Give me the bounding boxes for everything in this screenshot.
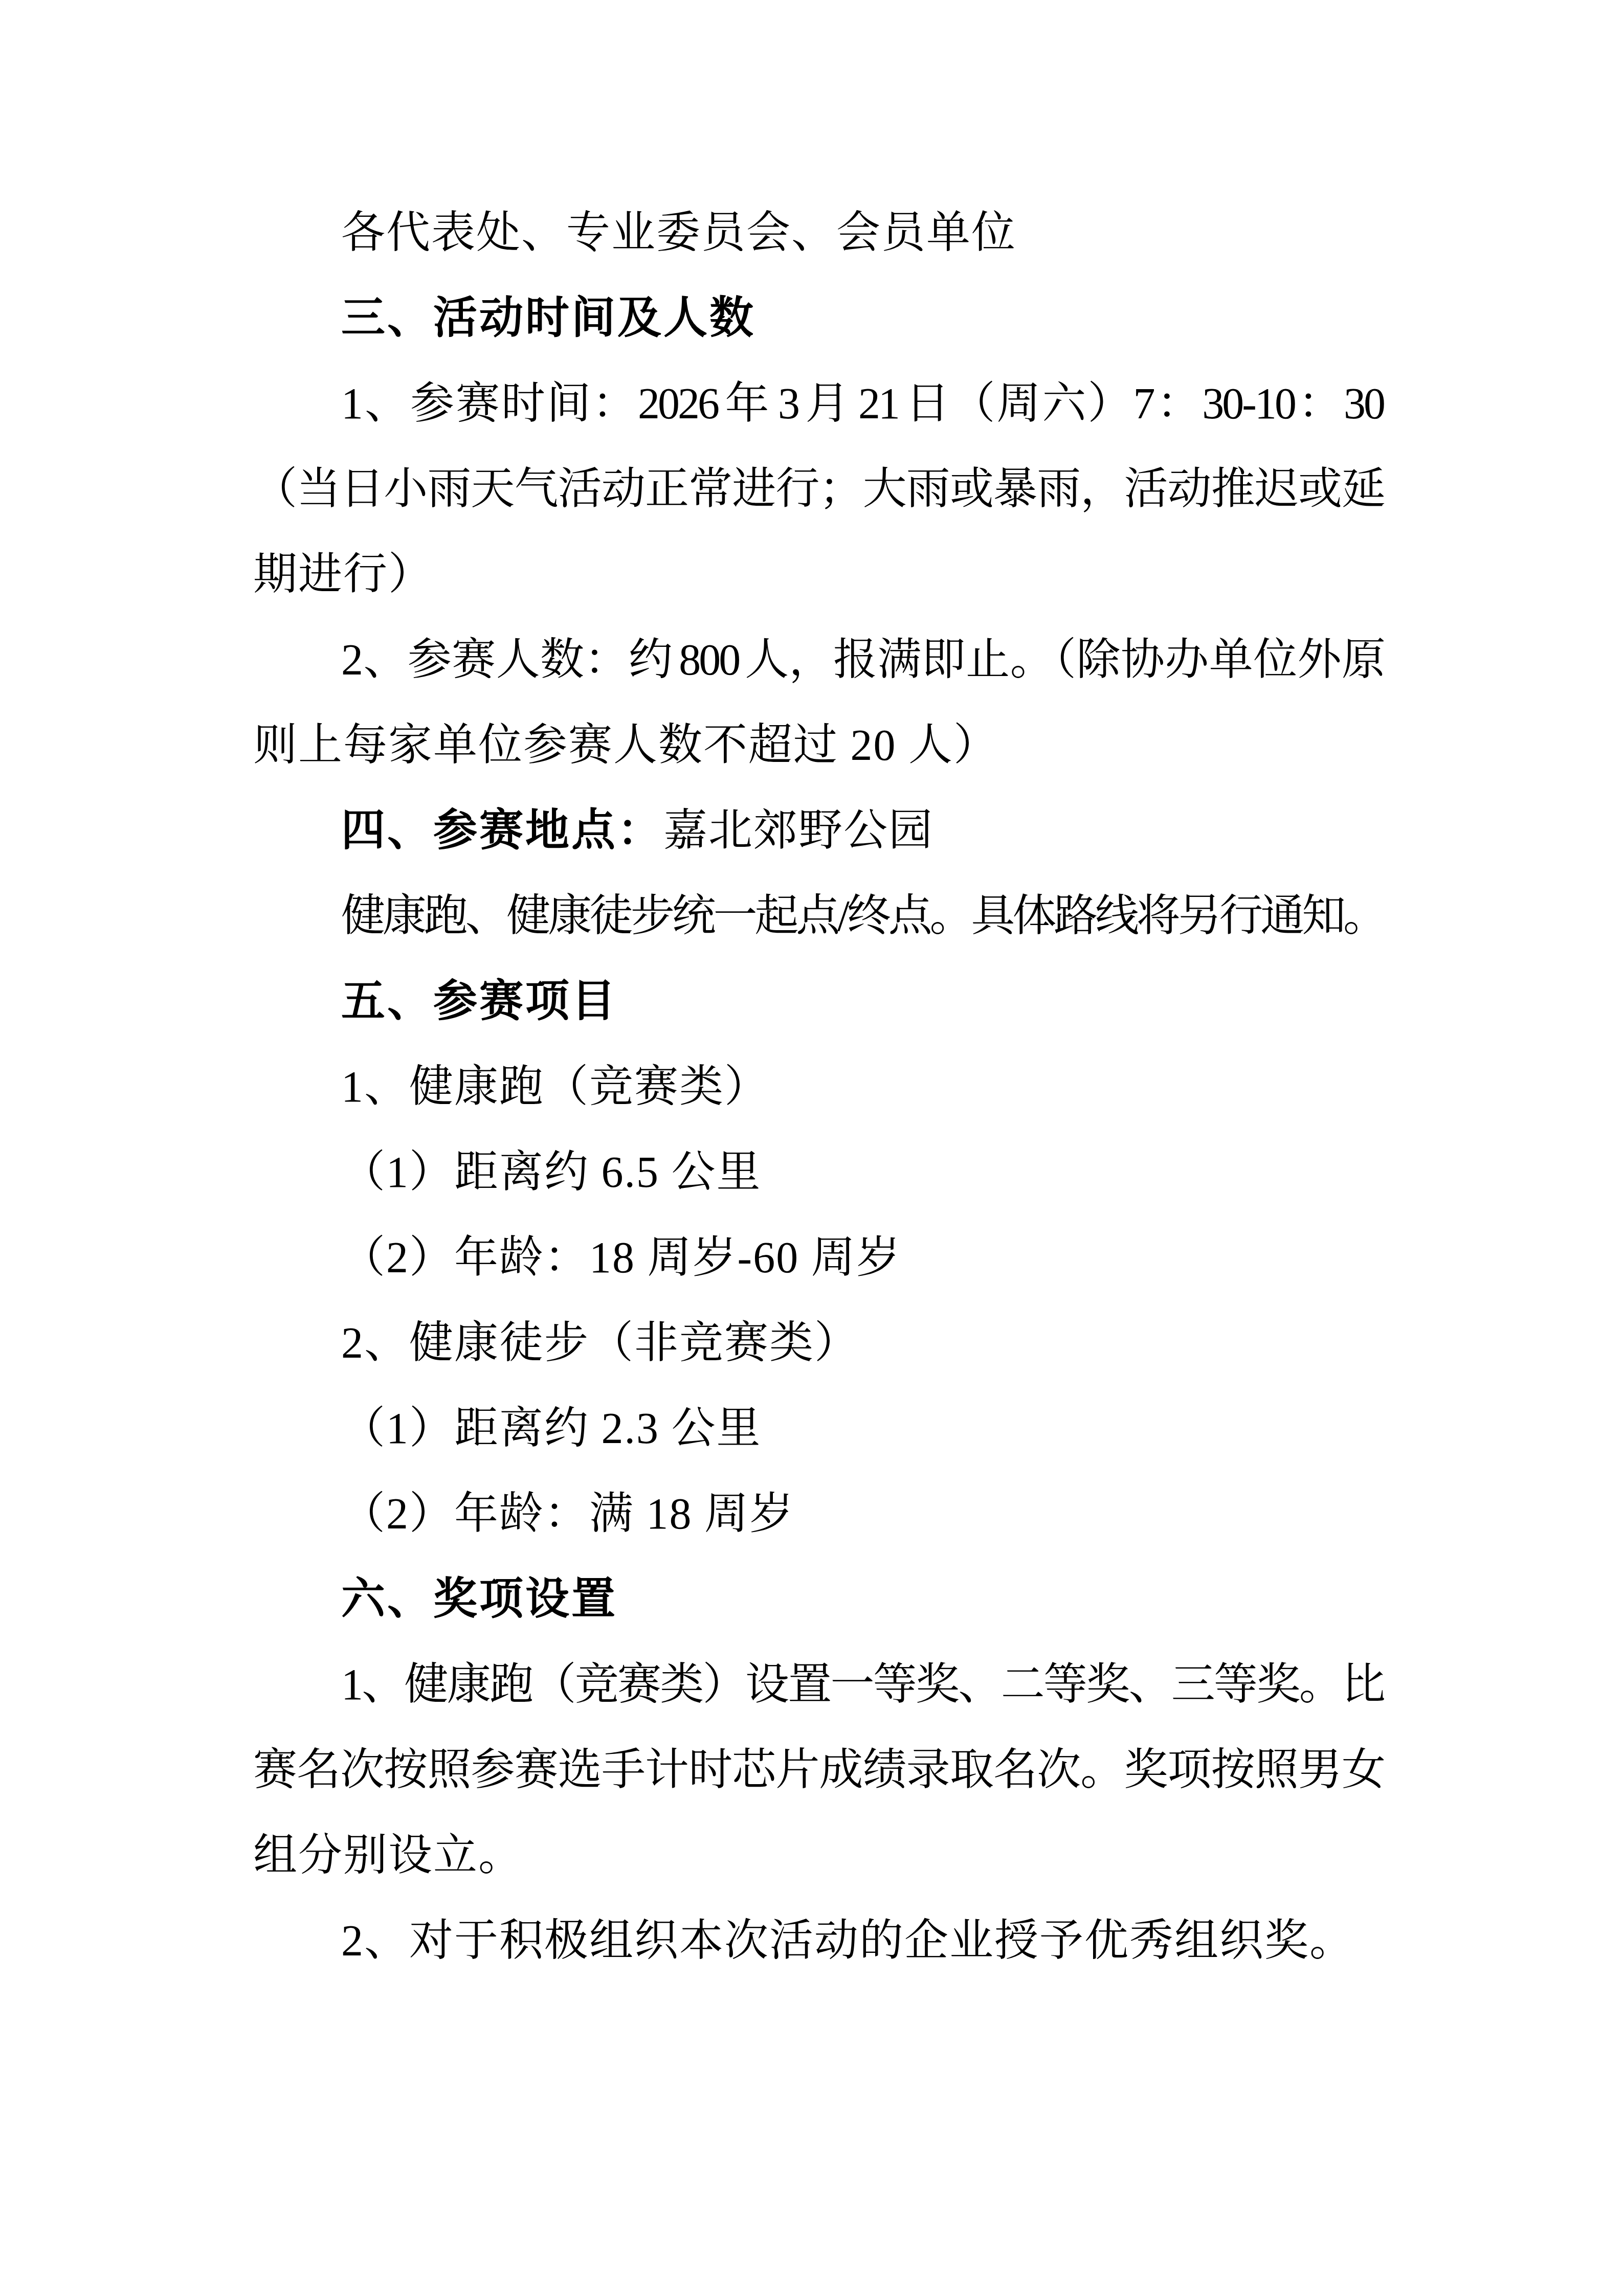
para-walk-age: （2）年龄：满 18 周岁 — [253, 1471, 1384, 1557]
heading-section-4-location: 四、参赛地点：嘉北郊野公园 — [253, 788, 1384, 873]
location-heading-label: 四、参赛地点： — [341, 806, 663, 855]
para-run-distance: （1）距离约 6.5 公里 — [253, 1130, 1384, 1215]
document-page: 各代表处、专业委员会、会员单位 三、活动时间及人数 1、参赛时间：2026 年 … — [0, 0, 1624, 2296]
para-run-age: （2）年龄：18 周岁-60 周岁 — [253, 1215, 1384, 1300]
para-awards-line-2: 赛名次按照参赛选手计时芯片成绩录取名次。奖项按照男女 — [253, 1727, 1384, 1813]
para-race-time-line-3: 期进行） — [253, 532, 1384, 617]
heading-section-6: 六、奖项设置 — [253, 1557, 1384, 1642]
para-participants-line-1: 2、参赛人数：约 800 人，报满即止。（除协办单位外原 — [253, 617, 1384, 703]
heading-section-5: 五、参赛项目 — [253, 959, 1384, 1044]
para-org-award: 2、对于积极组织本次活动的企业授予优秀组织奖。 — [253, 1898, 1384, 1984]
document-content: 各代表处、专业委员会、会员单位 三、活动时间及人数 1、参赛时间：2026 年 … — [253, 190, 1384, 1984]
heading-section-3: 三、活动时间及人数 — [253, 276, 1384, 361]
para-item-run: 1、健康跑（竞赛类） — [253, 1044, 1384, 1130]
para-race-time-line-1: 1、参赛时间：2026 年 3 月 21 日（周六）7：30-10：30 — [253, 361, 1384, 446]
para-participants-line-2: 则上每家单位参赛人数不超过 20 人） — [253, 703, 1384, 788]
para-race-time-line-2: （当日小雨天气活动正常进行；大雨或暴雨，活动推迟或延 — [253, 446, 1384, 532]
location-value: 嘉北郊野公园 — [663, 806, 933, 855]
para-item-walk: 2、健康徒步（非竞赛类） — [253, 1300, 1384, 1386]
para-walk-distance: （1）距离约 2.3 公里 — [253, 1386, 1384, 1471]
para-awards-line-1: 1、健康跑（竞赛类）设置一等奖、二等奖、三等奖。比 — [253, 1642, 1384, 1727]
para-route-note: 健康跑、健康徒步统一起点/终点。具体路线将另行通知。 — [253, 873, 1384, 959]
para-awards-line-3: 组分别设立。 — [253, 1813, 1384, 1898]
recipient-line: 各代表处、专业委员会、会员单位 — [253, 190, 1384, 276]
